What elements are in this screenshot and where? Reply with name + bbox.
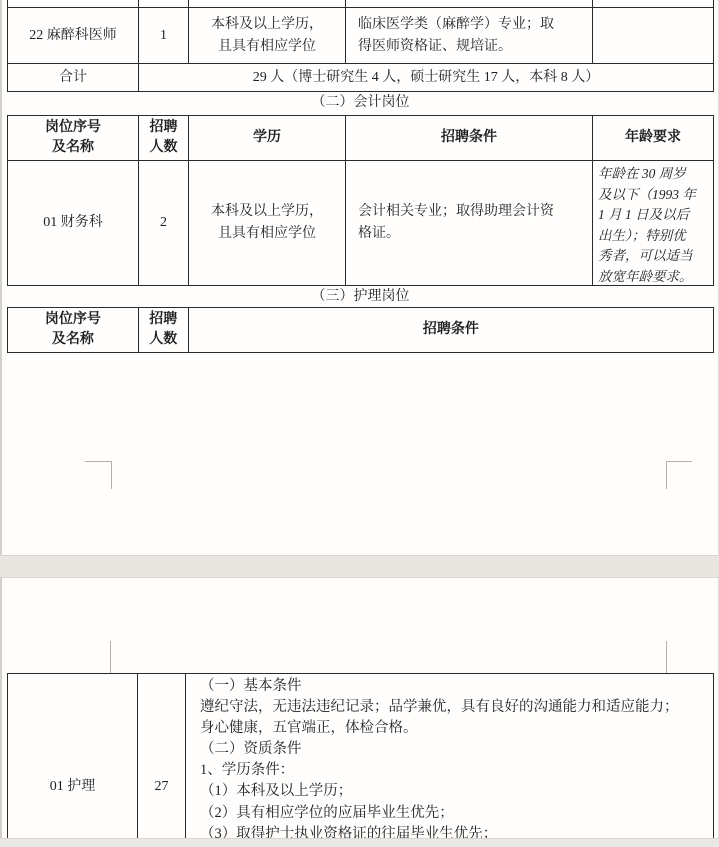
cell-position: 01 财务科 <box>8 161 138 285</box>
header-position: 岗位序号 及名称 <box>8 308 138 352</box>
cell-age: 年龄在 30 周岁 及以下（1993 年 1 月 1 日及以后 出生）；特别优 … <box>592 161 713 285</box>
margin-corner-mark <box>666 641 667 673</box>
header-headcount: 招聘 人数 <box>138 116 188 160</box>
margin-corner-mark <box>666 461 692 489</box>
cell-requirements: （一）基本条件 遵纪守法，无违法违纪记录；品学兼优，具有良好的沟通能力和适应能力… <box>185 674 713 847</box>
nursing-table: 01 护理 27 （一）基本条件 遵纪守法，无违法违纪记录；品学兼优，具有良好的… <box>7 673 714 847</box>
header-age: 年龄要求 <box>592 116 713 160</box>
cell-position: 22 麻醉科医师 <box>8 8 138 63</box>
cell-requirements: 会计相关专业；取得助理会计资 格证。 <box>345 161 592 285</box>
cell-education: 本科及以上学历， 且具有相应学位 <box>188 8 345 63</box>
cell-total-value: 29 人（博士研究生 4 人，硕士研究生 17 人，本科 8 人） <box>138 64 713 91</box>
summary-table: 22 麻醉科医师 1 本科及以上学历， 且具有相应学位 临床医学类（麻醉学）专业… <box>7 0 714 92</box>
cell-position: 01 护理 <box>8 674 137 847</box>
table-row-finance: 01 财务科 2 本科及以上学历， 且具有相应学位 会计相关专业；取得助理会计资… <box>8 160 713 285</box>
margin-corner-mark <box>85 461 112 489</box>
cell-headcount: 1 <box>138 8 188 63</box>
cell-age <box>592 8 713 63</box>
table-row-partial <box>8 0 713 7</box>
table-row-nursing: 01 护理 27 （一）基本条件 遵纪守法，无违法违纪记录；品学兼优，具有良好的… <box>8 674 713 847</box>
page-left-edge <box>0 0 2 847</box>
header-requirements: 招聘条件 <box>345 116 592 160</box>
header-requirements: 招聘条件 <box>188 308 713 352</box>
header-position: 岗位序号 及名称 <box>8 116 138 160</box>
cell-headcount: 27 <box>137 674 185 847</box>
section-title-accounting: （二）会计岗位 <box>7 92 714 115</box>
table-header-row: 岗位序号 及名称 招聘 人数 学历 招聘条件 年龄要求 <box>8 116 713 160</box>
document-canvas: 22 麻醉科医师 1 本科及以上学历， 且具有相应学位 临床医学类（麻醉学）专业… <box>0 0 719 847</box>
margin-corner-mark <box>110 641 111 673</box>
cell-requirements: 临床医学类（麻醉学）专业；取 得医师资格证、规培证。 <box>345 8 592 63</box>
cell-education: 本科及以上学历， 且具有相应学位 <box>188 161 345 285</box>
table-row-total: 合计 29 人（博士研究生 4 人，硕士研究生 17 人，本科 8 人） <box>8 63 713 91</box>
table-row-anesthesia: 22 麻醉科医师 1 本科及以上学历， 且具有相应学位 临床医学类（麻醉学）专业… <box>8 7 713 63</box>
bottom-strip <box>0 838 719 847</box>
nursing-header-table: 岗位序号 及名称 招聘 人数 招聘条件 <box>7 307 714 353</box>
page-separator <box>0 555 719 578</box>
table-header-row: 岗位序号 及名称 招聘 人数 招聘条件 <box>8 308 713 352</box>
cell-headcount: 2 <box>138 161 188 285</box>
header-education: 学历 <box>188 116 345 160</box>
section-title-nursing: （三）护理岗位 <box>7 287 714 307</box>
cell-total-label: 合计 <box>8 64 138 91</box>
accounting-table: 岗位序号 及名称 招聘 人数 学历 招聘条件 年龄要求 01 财务科 2 本科及… <box>7 115 714 286</box>
header-headcount: 招聘 人数 <box>138 308 188 352</box>
